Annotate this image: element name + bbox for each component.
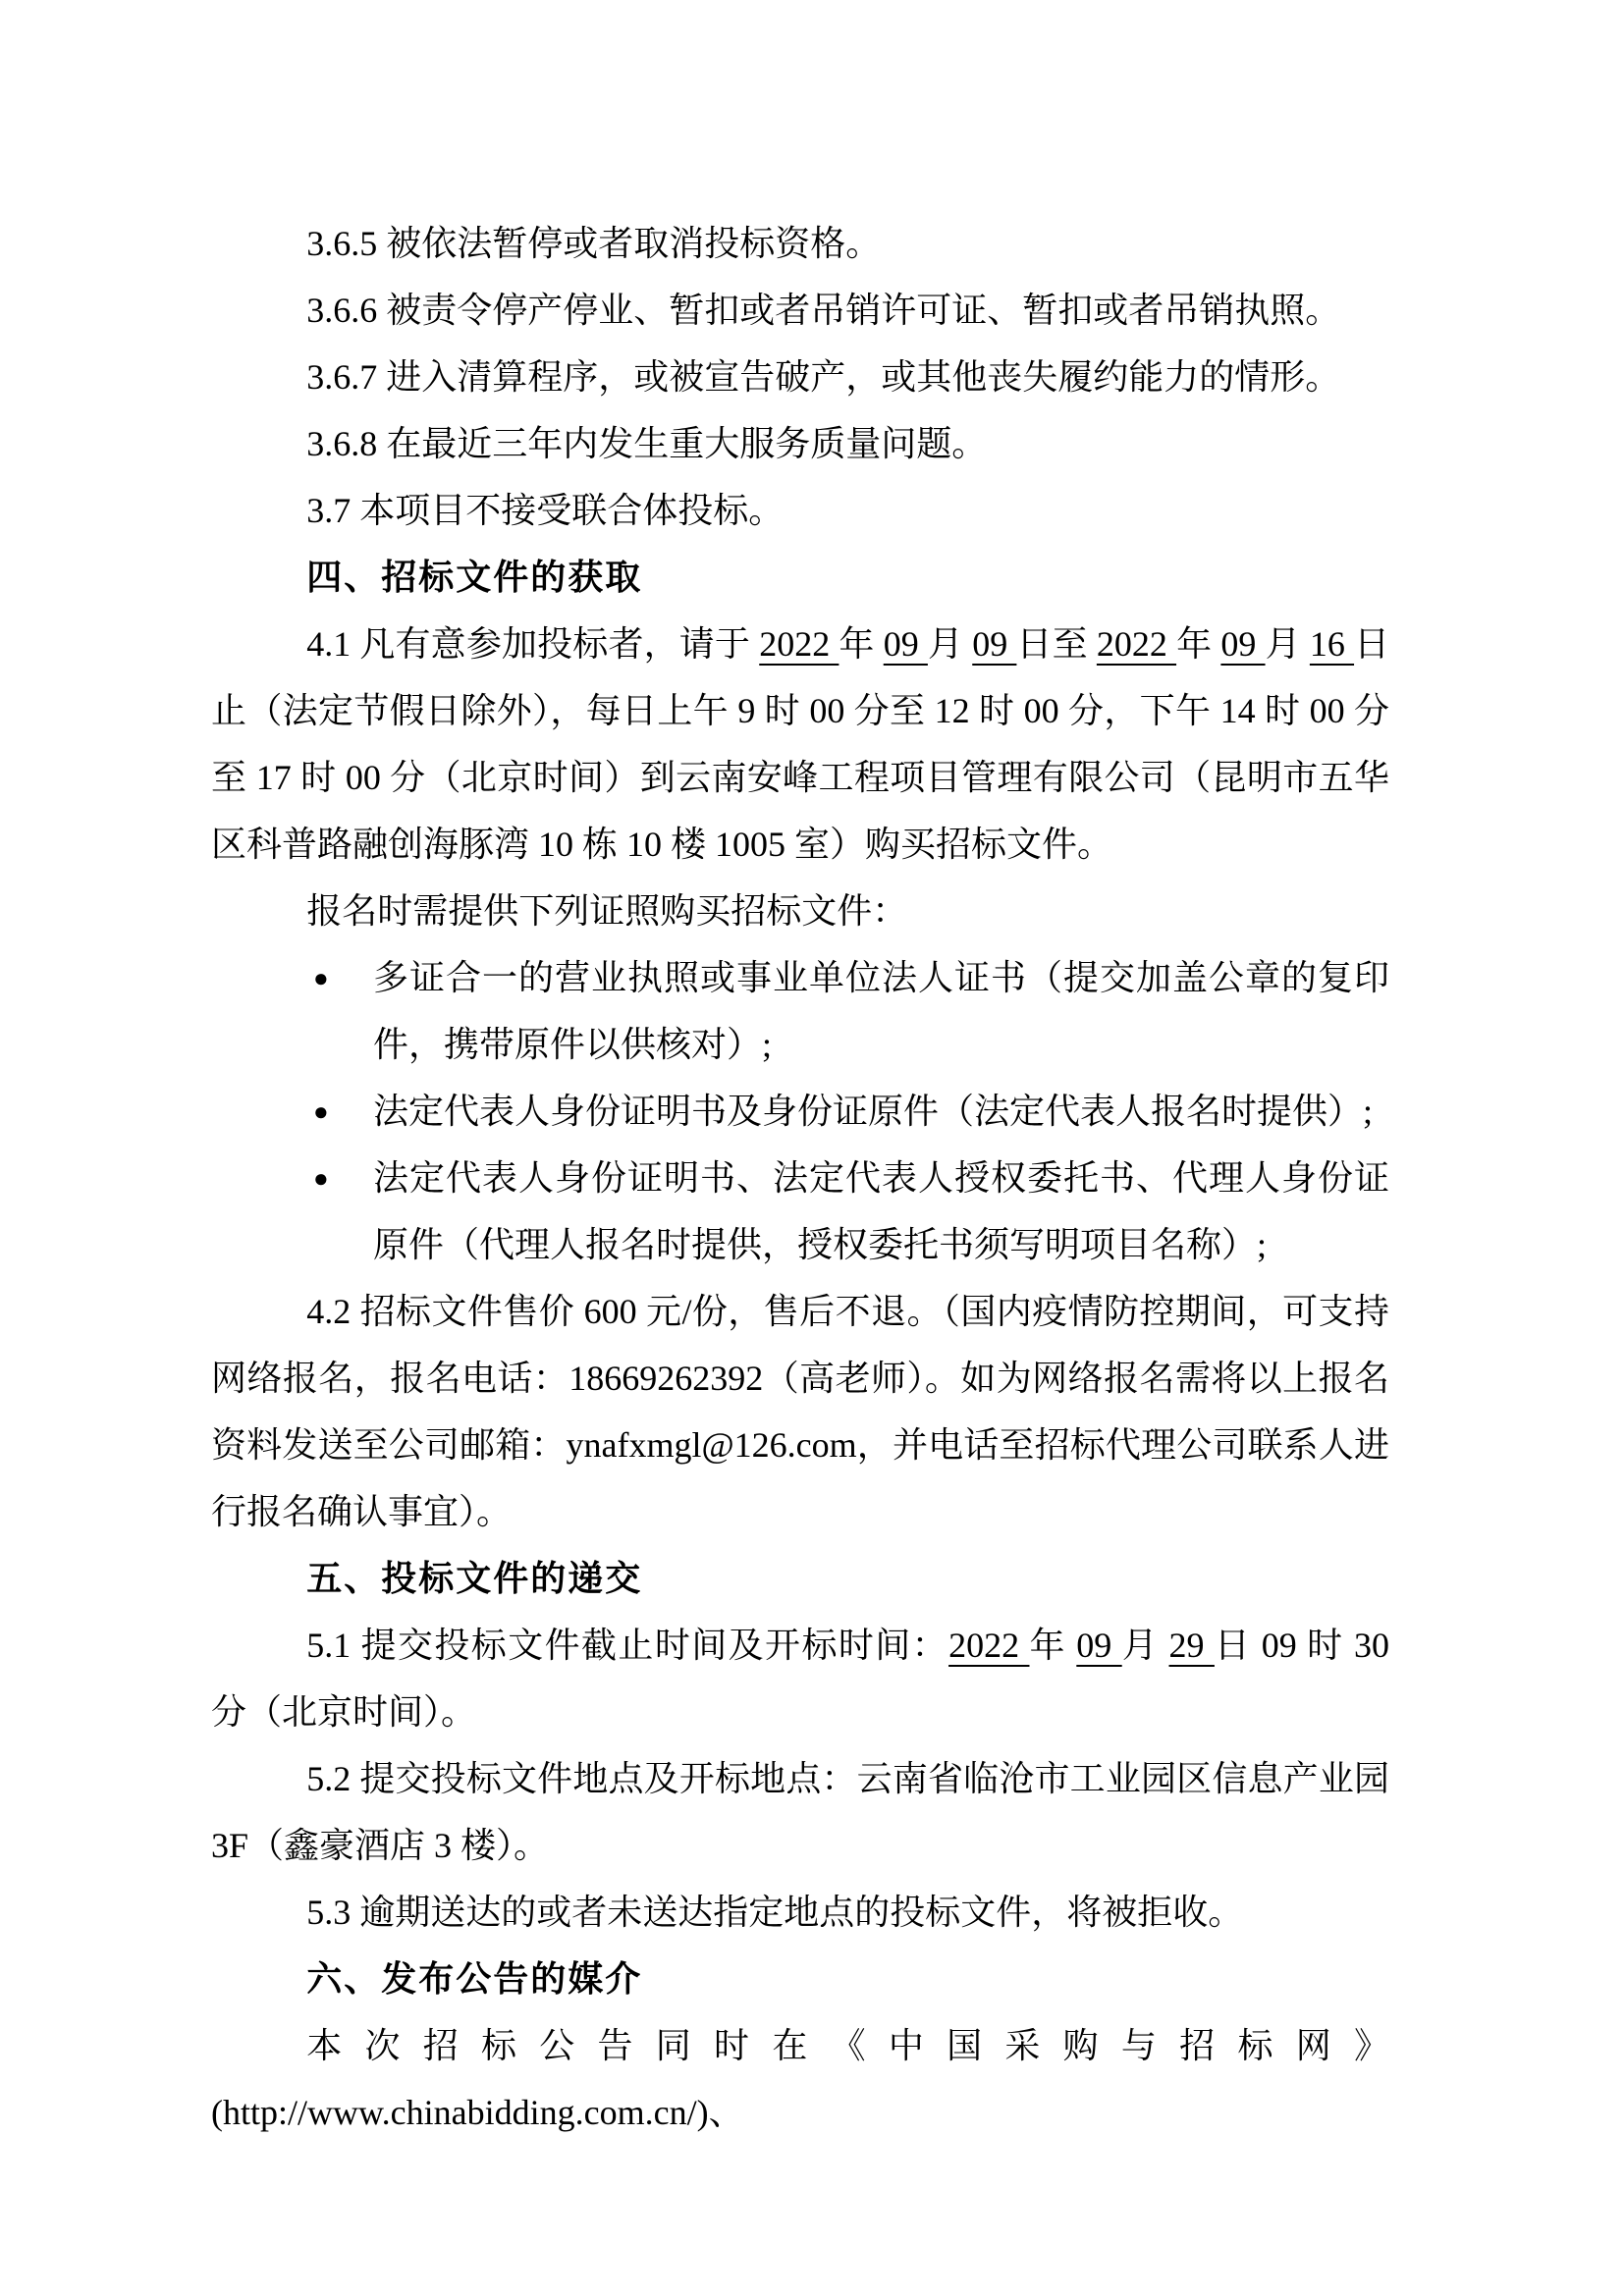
registration-docs-intro: 报名时需提供下列证照购买招标文件： [211,878,1389,944]
text-run: 3.6.6 被责令停产停业、暂扣或者吊销许可证、暂扣或者吊销执照。 [306,291,1340,330]
company-email: ynafxmgl@126.com [567,1425,857,1465]
underlined-value: 2022 [1097,624,1176,664]
text-run: 3.6.7 进入清算程序，或被宣告破产，或其他丧失履约能力的情形。 [306,357,1340,397]
text-run: 月 [1266,624,1310,664]
underlined-value: 16 [1310,624,1354,664]
text-run: 3.6.5 被依法暂停或者取消投标资格。 [306,224,881,263]
clause-5-1: 5.1 提交投标文件截止时间及开标时间：2022 年 09 月 29 日 09 … [211,1612,1389,1745]
clause-3-6-6: 3.6.6 被责令停产停业、暂扣或者吊销许可证、暂扣或者吊销执照。 [211,277,1389,344]
chinabidding-url: http://www.chinabidding.com.cn/ [223,2093,697,2132]
text-run: 多证合一的营业执照或事业单位法人证书（提交加盖公章的复印件，携带原件以供核对）; [373,958,1389,1064]
underlined-value: 09 [1076,1626,1121,1665]
clause-5-2: 5.2 提交投标文件地点及开标地点：云南省临沧市工业园区信息产业园 3F（鑫豪酒… [211,1745,1389,1879]
text-run: 法定代表人身份证明书及身份证原件（法定代表人报名时提供）; [373,1092,1373,1131]
text-run: 5.2 提交投标文件地点及开标地点：云南省临沧市工业园区信息产业园 3F（鑫豪酒… [211,1759,1389,1865]
section-4-heading: 四、招标文件的获取 [211,544,1389,611]
bullet-legal-rep-id: ●法定代表人身份证明书及身份证原件（法定代表人报名时提供）; [211,1078,1389,1145]
clause-4-2: 4.2 招标文件售价 600 元/份，售后不退。（国内疫情防控期间，可支持网络报… [211,1278,1389,1545]
section-6-heading: 六、发布公告的媒介 [211,1946,1389,2012]
clause-3-7: 3.7 本项目不接受联合体投标。 [211,477,1389,544]
clause-3-6-8: 3.6.8 在最近三年内发生重大服务质量问题。 [211,410,1389,477]
text-run: 六、发布公告的媒介 [306,1958,642,1999]
text-run: )、 [697,2093,744,2132]
underlined-value: 09 [884,624,928,664]
clause-3-6-7: 3.6.7 进入清算程序，或被宣告破产，或其他丧失履约能力的情形。 [211,344,1389,410]
bullet-icon: ● [313,1146,329,1212]
bullet-icon: ● [313,1079,329,1146]
text-run: 四、招标文件的获取 [306,557,642,597]
underlined-value: 09 [972,624,1016,664]
text-run: 年 [1029,1626,1076,1665]
text-run: 5.1 提交投标文件截止时间及开标时间： [306,1626,948,1665]
text-run: 3.6.8 在最近三年内发生重大服务质量问题。 [306,424,987,463]
bullet-business-license: ●多证合一的营业执照或事业单位法人证书（提交加盖公章的复印件，携带原件以供核对）… [211,944,1389,1078]
text-run: 五、投标文件的递交 [306,1558,642,1598]
text-run: 年 [1176,624,1220,664]
text-run: 日至 [1016,624,1096,664]
announcement-media-line: 本次招标公告同时在《中国采购与招标网》(http://www.chinabidd… [211,2012,1389,2146]
text-run: 报名时需提供下列证照购买招标文件： [306,891,907,931]
clause-5-3: 5.3 逾期送达的或者未送达指定地点的投标文件，将被拒收。 [211,1879,1389,1946]
document-content: 3.6.5 被依法暂停或者取消投标资格。3.6.6 被责令停产停业、暂扣或者吊销… [211,210,1389,2146]
underlined-value: 2022 [948,1626,1029,1665]
text-run: 月 [1122,1626,1169,1665]
registration-phone: 18669262392 [568,1359,763,1398]
underlined-value: 2022 [759,624,839,664]
text-run: 5.3 逾期送达的或者未送达指定地点的投标文件，将被拒收。 [306,1893,1243,1932]
clause-4-1: 4.1 凡有意参加投标者，请于 2022 年 09 月 09 日至 2022 年… [211,611,1389,878]
underlined-value: 09 [1220,624,1265,664]
text-run: 月 [928,624,972,664]
text-run: 年 [839,624,883,664]
bullet-agent-id: ●法定代表人身份证明书、法定代表人授权委托书、代理人身份证原件（代理人报名时提供… [211,1145,1389,1278]
text-run: 法定代表人身份证明书、法定代表人授权委托书、代理人身份证原件（代理人报名时提供，… [373,1158,1389,1264]
text-run: 3.7 本项目不接受联合体投标。 [306,491,784,530]
bullet-icon: ● [313,945,329,1012]
clause-3-6-5: 3.6.5 被依法暂停或者取消投标资格。 [211,210,1389,277]
text-run: 4.1 凡有意参加投标者，请于 [306,624,759,664]
section-5-heading: 五、投标文件的递交 [211,1545,1389,1612]
underlined-value: 29 [1169,1626,1215,1665]
document-page: 3.6.5 被依法暂停或者取消投标资格。3.6.6 被责令停产停业、暂扣或者吊销… [0,0,1624,2296]
